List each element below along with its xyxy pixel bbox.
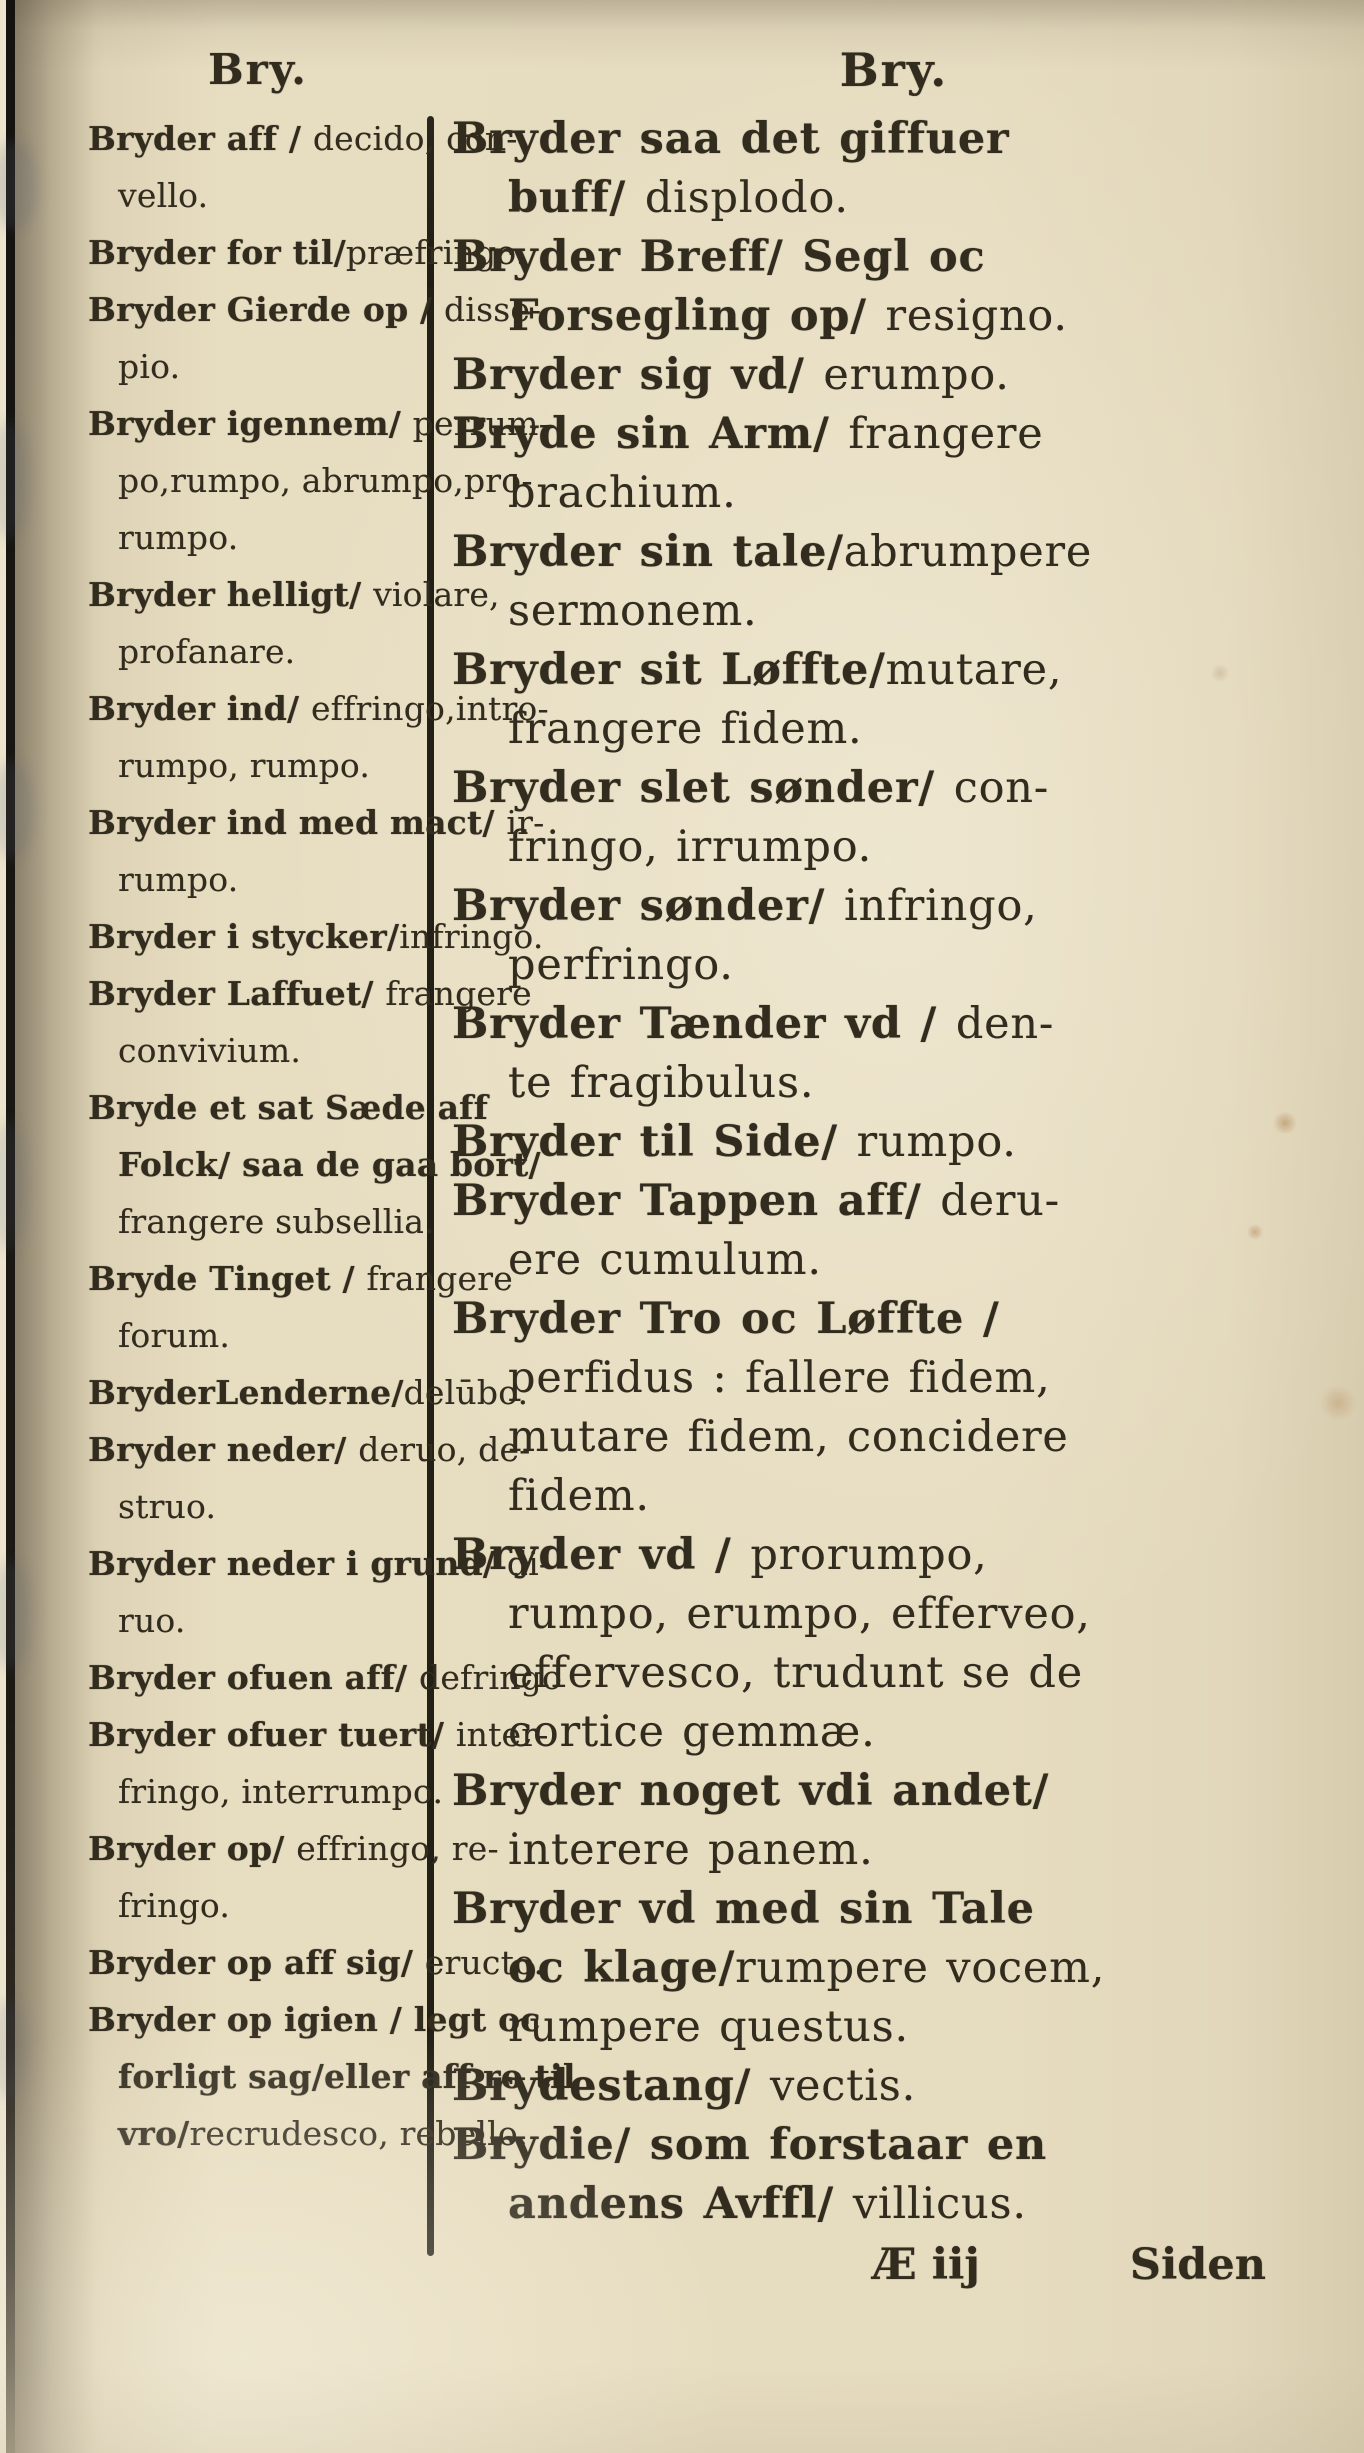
entry-line: interere panem. [452,1821,1336,1880]
entry-line: fringo, irrumpo. [452,818,1336,877]
gutter-shadow [15,0,95,2453]
latin-translation-text: sermonem. [508,586,758,636]
entry-line: andens Avffl/ villicus. [452,2175,1336,2234]
entry-line: effervesco, trudunt se de [452,1644,1336,1703]
entry-line: Bryder igennem/ perrum- [88,395,428,452]
right-column-header: Bry. [452,42,1336,98]
latin-translation-text: rumpo, rumpo. [118,746,370,785]
dictionary-entry: Bryder sit Løffte/mutare,frangere fidem. [452,641,1336,759]
dictionary-entry: Brydestang/ vectis. [452,2057,1336,2116]
danish-headword-text: Bryder slet sønder/ [452,763,954,813]
latin-translation-text: deru- [940,1176,1060,1226]
latin-translation-text: erumpo. [823,350,1009,400]
entry-line: frangere fidem. [452,700,1336,759]
entry-line: Bryder for til/præfringo. [88,224,428,281]
latin-translation-text: profanare. [118,632,295,671]
latin-translation-text: villicus. [853,2179,1027,2229]
latin-translation-text: prorumpo, [750,1530,987,1580]
entry-line: Bryder ind med mact/ ir- [88,794,428,851]
danish-headword-text: Bryder vd / [452,1530,750,1580]
dictionary-entry: Bryder ind/ effringo,intro-rumpo, rumpo. [88,680,428,794]
latin-translation-text: infringo, [844,881,1038,931]
dictionary-entry: Bryder noget vdi andet/interere panem. [452,1762,1336,1880]
entry-line: Bryder Tro oc Løffte / [452,1290,1336,1349]
dictionary-entry: Bryder i stycker/infringo. [88,908,428,965]
dictionary-entry: Bryder sønder/ infringo,perfringo. [452,877,1336,995]
dictionary-entry: Brydie/ som forstaar enandens Avffl/ vil… [452,2116,1336,2234]
entry-line: Bryder ofuer tuert/ inter- [88,1706,428,1763]
entry-line: Bryder op igien / legt oc [88,1991,428,2048]
danish-headword-text: oc klage/ [508,1943,735,1993]
danish-headword-text: vro/ [118,2114,189,2153]
latin-translation-text: fringo. [118,1886,230,1925]
latin-translation-text: effervesco, trudunt se de [508,1648,1083,1698]
entry-line: rumpo. [88,851,428,908]
left-column-header: Bry. [88,42,428,98]
entry-line: Bryde sin Arm/ frangere [452,405,1336,464]
entry-line: perfringo. [452,936,1336,995]
dictionary-entry: Bryder neder i grund/ di-ruo. [88,1535,428,1649]
dictionary-entry: Bryde Tinget / frangereforum. [88,1250,428,1364]
signature-mark: Æ iij [872,2234,980,2296]
latin-translation-text: den- [956,999,1054,1049]
dictionary-entry: Bryder saa det giffuerbuff/ displodo. [452,110,1336,228]
latin-translation-text: ruo. [118,1601,186,1640]
danish-headword-text: Bryder helligt/ [88,575,373,614]
entry-line: Bryder til Side/ rumpo. [452,1113,1336,1172]
entry-line: rumpo. [88,509,428,566]
latin-translation-text: convivium. [118,1031,301,1070]
latin-translation-text: mutare fidem, concidere [508,1412,1069,1462]
danish-headword-text: Bryder Tænder vd / [452,999,956,1049]
danish-headword-text: Bryder Tappen aff/ [452,1176,940,1226]
latin-translation-text: cortice gemmæ. [508,1707,876,1757]
entry-line: rumpere questus. [452,1998,1336,2057]
entry-line: Bryder vd med sin Tale [452,1880,1336,1939]
danish-headword-text: Bryder op/ [88,1829,296,1868]
dictionary-entry: Bryder ofuer tuert/ inter-fringo, interr… [88,1706,428,1820]
latin-translation-text: rumpo. [857,1117,1017,1167]
danish-headword-text: Bryder neder i grund/ [88,1544,507,1583]
entry-line: buff/ displodo. [452,169,1336,228]
latin-translation-text: resigno. [886,291,1068,341]
entry-line: Bryder neder i grund/ di- [88,1535,428,1592]
entry-line: cortice gemmæ. [452,1703,1336,1762]
entry-line: Bryder ofuen aff/ defringo [88,1649,428,1706]
dictionary-entry: Bryder ind med mact/ ir-rumpo. [88,794,428,908]
danish-headword-text: Bryder noget vdi andet/ [452,1766,1049,1816]
latin-translation-text: rumpere vocem, [735,1943,1105,1993]
danish-headword-text: Bryder til Side/ [452,1117,857,1167]
entry-line: frangere subsellia. [88,1193,428,1250]
right-column: Bry. Bryder saa det giffuerbuff/ displod… [452,42,1336,2296]
entry-line: te fragibulus. [452,1054,1336,1113]
entry-line: rumpo, erumpo, efferveo, [452,1585,1336,1644]
signature-line: Æ iij Siden [452,2234,1336,2296]
entry-line: Bryder vd / prorumpo, [452,1526,1336,1585]
left-column-entries: Bryder aff / decido, con-vello.Bryder fo… [88,110,428,2162]
entry-line: forligt sag/eller aff ro til [88,2048,428,2105]
latin-translation-text: vectis. [770,2061,916,2111]
latin-translation-text: forum. [118,1316,230,1355]
entry-line: convivium. [88,1022,428,1079]
latin-translation-text: frangere subsellia. [118,1202,435,1241]
dictionary-entry: Bryder Gierde op / disse-pio. [88,281,428,395]
entry-line: BryderLenderne/delūbo. [88,1364,428,1421]
entry-line: sermonem. [452,582,1336,641]
entry-line: Brydie/ som forstaar en [452,2116,1336,2175]
latin-translation-text: rumpere questus. [508,2002,909,2052]
entry-line: Bryder slet sønder/ con- [452,759,1336,818]
entry-line: ruo. [88,1592,428,1649]
latin-translation-text: displodo. [645,173,849,223]
entry-line: Bryder i stycker/infringo. [88,908,428,965]
entry-line: oc klage/rumpere vocem, [452,1939,1336,1998]
danish-headword-text: Bryde sin Arm/ [452,409,848,459]
entry-line: vello. [88,167,428,224]
latin-translation-text: con- [954,763,1049,813]
entry-line: Bryder Laffuet/ frangere [88,965,428,1022]
entry-line: po,rumpo, abrumpo,pro- [88,452,428,509]
binding-edge-line [6,0,15,2453]
entry-line: struo. [88,1478,428,1535]
dictionary-entry: Bryder neder/ deruo, de-struo. [88,1421,428,1535]
danish-headword-text: BryderLenderne/ [88,1373,404,1412]
danish-headword-text: Bryder neder/ [88,1430,358,1469]
entry-line: Bryde Tinget / frangere [88,1250,428,1307]
danish-headword-text: Bryder sin tale/ [452,527,844,577]
dictionary-entry: Bryder vd / prorumpo,rumpo, erumpo, effe… [452,1526,1336,1762]
danish-headword-text: Bryder ind/ [88,689,311,728]
danish-headword-text: Bryder ofuen aff/ [88,1658,419,1697]
latin-translation-text: vello. [118,176,208,215]
entry-line: Bryder sit Løffte/mutare, [452,641,1336,700]
entry-line: Bryder saa det giffuer [452,110,1336,169]
latin-translation-text: perfidus : fallere fidem, [508,1353,1051,1403]
entry-line: perfidus : fallere fidem, [452,1349,1336,1408]
entry-line: Forsegling op/ resigno. [452,287,1336,346]
latin-translation-text: frangere [848,409,1043,459]
dictionary-entry: Bryder til Side/ rumpo. [452,1113,1336,1172]
dictionary-entry: Bryder Tænder vd / den-te fragibulus. [452,995,1336,1113]
entry-line: pio. [88,338,428,395]
dictionary-entry: Bryder Breff/ Segl ocForsegling op/ resi… [452,228,1336,346]
entry-line: Bryder neder/ deruo, de- [88,1421,428,1478]
dictionary-entry: Bryder ofuen aff/ defringo [88,1649,428,1706]
latin-translation-text: fidem. [508,1471,650,1521]
latin-translation-text: te fragibulus. [508,1058,814,1108]
entry-line: Bryder Breff/ Segl oc [452,228,1336,287]
dictionary-entry: Bryder sig vd/ erumpo. [452,346,1336,405]
entry-line: Bryder Tappen aff/ deru- [452,1172,1336,1231]
danish-headword-text: Bryde Tinget / [88,1259,366,1298]
right-column-entries: Bryder saa det giffuerbuff/ displodo.Bry… [452,110,1336,2234]
entry-line: Bryder op/ effringo, re- [88,1820,428,1877]
danish-headword-text: Bryder ind med mact/ [88,803,506,842]
dictionary-entry: Bryder igennem/ perrum-po,rumpo, abrumpo… [88,395,428,566]
danish-headword-text: Bryder Gierde op / [88,290,444,329]
entry-line: ere cumulum. [452,1231,1336,1290]
entry-line: rumpo, rumpo. [88,737,428,794]
entry-line: Bryder Tænder vd / den- [452,995,1336,1054]
entry-line: brachium. [452,464,1336,523]
latin-translation-text: abrumpere [844,527,1092,577]
danish-headword-text: Bryder igennem/ [88,404,413,443]
dictionary-entry: Bryder helligt/ violare,profanare. [88,566,428,680]
dictionary-entry: Bryder Tro oc Løffte /perfidus : fallere… [452,1290,1336,1526]
danish-headword-text: Bryder sønder/ [452,881,844,931]
entry-line: Bryder aff / decido, con- [88,110,428,167]
entry-line: mutare fidem, concidere [452,1408,1336,1467]
book-page: Bry. Bryder aff / decido, con-vello.Bryd… [0,0,1364,2453]
entry-line: vro/recrudesco, rebello. [88,2105,428,2162]
latin-translation-text: rumpo. [118,518,238,557]
entry-line: Bryder sin tale/abrumpere [452,523,1336,582]
entry-line: fringo, interrumpo. [88,1763,428,1820]
danish-headword-text: Bryder Laffuet/ [88,974,385,1013]
entry-line: Bryder helligt/ violare, [88,566,428,623]
catchword: Siden [1130,2234,1266,2296]
dictionary-entry: Bryder op igien / legt ocforligt sag/ell… [88,1991,428,2162]
entry-line: Bryder noget vdi andet/ [452,1762,1336,1821]
danish-headword-text: Bryder for til/ [88,233,346,272]
danish-headword-text: Bryder ofuer tuert/ [88,1715,456,1754]
danish-headword-text: Bryder aff / [88,119,313,158]
dictionary-entry: Bryder sin tale/abrumperesermonem. [452,523,1336,641]
dictionary-entry: Bryder op/ effringo, re-fringo. [88,1820,428,1934]
latin-translation-text: rumpo. [118,860,238,899]
danish-headword-text: Brydie/ som forstaar en [452,2120,1047,2170]
danish-headword-text: buff/ [508,173,645,223]
danish-headword-text: Brydestang/ [452,2061,770,2111]
danish-headword-text: Bryder sit Løffte/ [452,645,886,695]
entry-line: Bryder sønder/ infringo, [452,877,1336,936]
latin-translation-text: rumpo, erumpo, efferveo, [508,1589,1091,1639]
entry-line: fringo. [88,1877,428,1934]
danish-headword-text: Bryde et sat Sæde aff [88,1088,488,1127]
dictionary-entry: Bryde sin Arm/ frangerebrachium. [452,405,1336,523]
entry-line: profanare. [88,623,428,680]
entry-line: Bryder ind/ effringo,intro- [88,680,428,737]
latin-translation-text: perfringo. [508,940,734,990]
danish-headword-text: Forsegling op/ [508,291,886,341]
left-column: Bry. Bryder aff / decido, con-vello.Bryd… [88,42,428,2162]
latin-translation-text: frangere fidem. [508,704,863,754]
entry-line: Bryder op aff sig/ eructo. [88,1934,428,1991]
dictionary-entry: Bryder for til/præfringo. [88,224,428,281]
latin-translation-text: interere panem. [508,1825,874,1875]
latin-translation-text: ere cumulum. [508,1235,822,1285]
danish-headword-text: Bryder vd med sin Tale [452,1884,1035,1934]
entry-line: Bryder Gierde op / disse- [88,281,428,338]
latin-translation-text: mutare, [886,645,1063,695]
dictionary-entry: Bryder Tappen aff/ deru-ere cumulum. [452,1172,1336,1290]
danish-headword-text: Bryder i stycker/ [88,917,399,956]
entry-line: Bryder sig vd/ erumpo. [452,346,1336,405]
latin-translation-text: brachium. [508,468,737,518]
danish-headword-text: Bryder saa det giffuer [452,114,1009,164]
latin-translation-text: pio. [118,347,180,386]
entry-line: Brydestang/ vectis. [452,2057,1336,2116]
dictionary-entry: Bryder vd med sin Taleoc klage/rumpere v… [452,1880,1336,2057]
entry-line: Folck/ saa de gaa bort/ [88,1136,428,1193]
danish-headword-text: Bryder sig vd/ [452,350,823,400]
entry-line: Bryde et sat Sæde aff [88,1079,428,1136]
latin-translation-text: struo. [118,1487,216,1526]
danish-headword-text: Bryder Tro oc Løffte / [452,1294,999,1344]
dictionary-entry: Bryder Laffuet/ frangereconvivium. [88,965,428,1079]
danish-headword-text: Bryder Breff/ Segl oc [452,232,986,282]
danish-headword-text: andens Avffl/ [508,2179,853,2229]
entry-line: fidem. [452,1467,1336,1526]
dictionary-entry: Bryder aff / decido, con-vello. [88,110,428,224]
latin-translation-text: fringo, interrumpo. [118,1772,443,1811]
dictionary-entry: Bryder slet sønder/ con-fringo, irrumpo. [452,759,1336,877]
dictionary-entry: BryderLenderne/delūbo. [88,1364,428,1421]
latin-translation-text: fringo, irrumpo. [508,822,872,872]
dictionary-entry: Bryde et sat Sæde affFolck/ saa de gaa b… [88,1079,428,1250]
dictionary-entry: Bryder op aff sig/ eructo. [88,1934,428,1991]
entry-line: forum. [88,1307,428,1364]
danish-headword-text: Bryder op aff sig/ [88,1943,425,1982]
